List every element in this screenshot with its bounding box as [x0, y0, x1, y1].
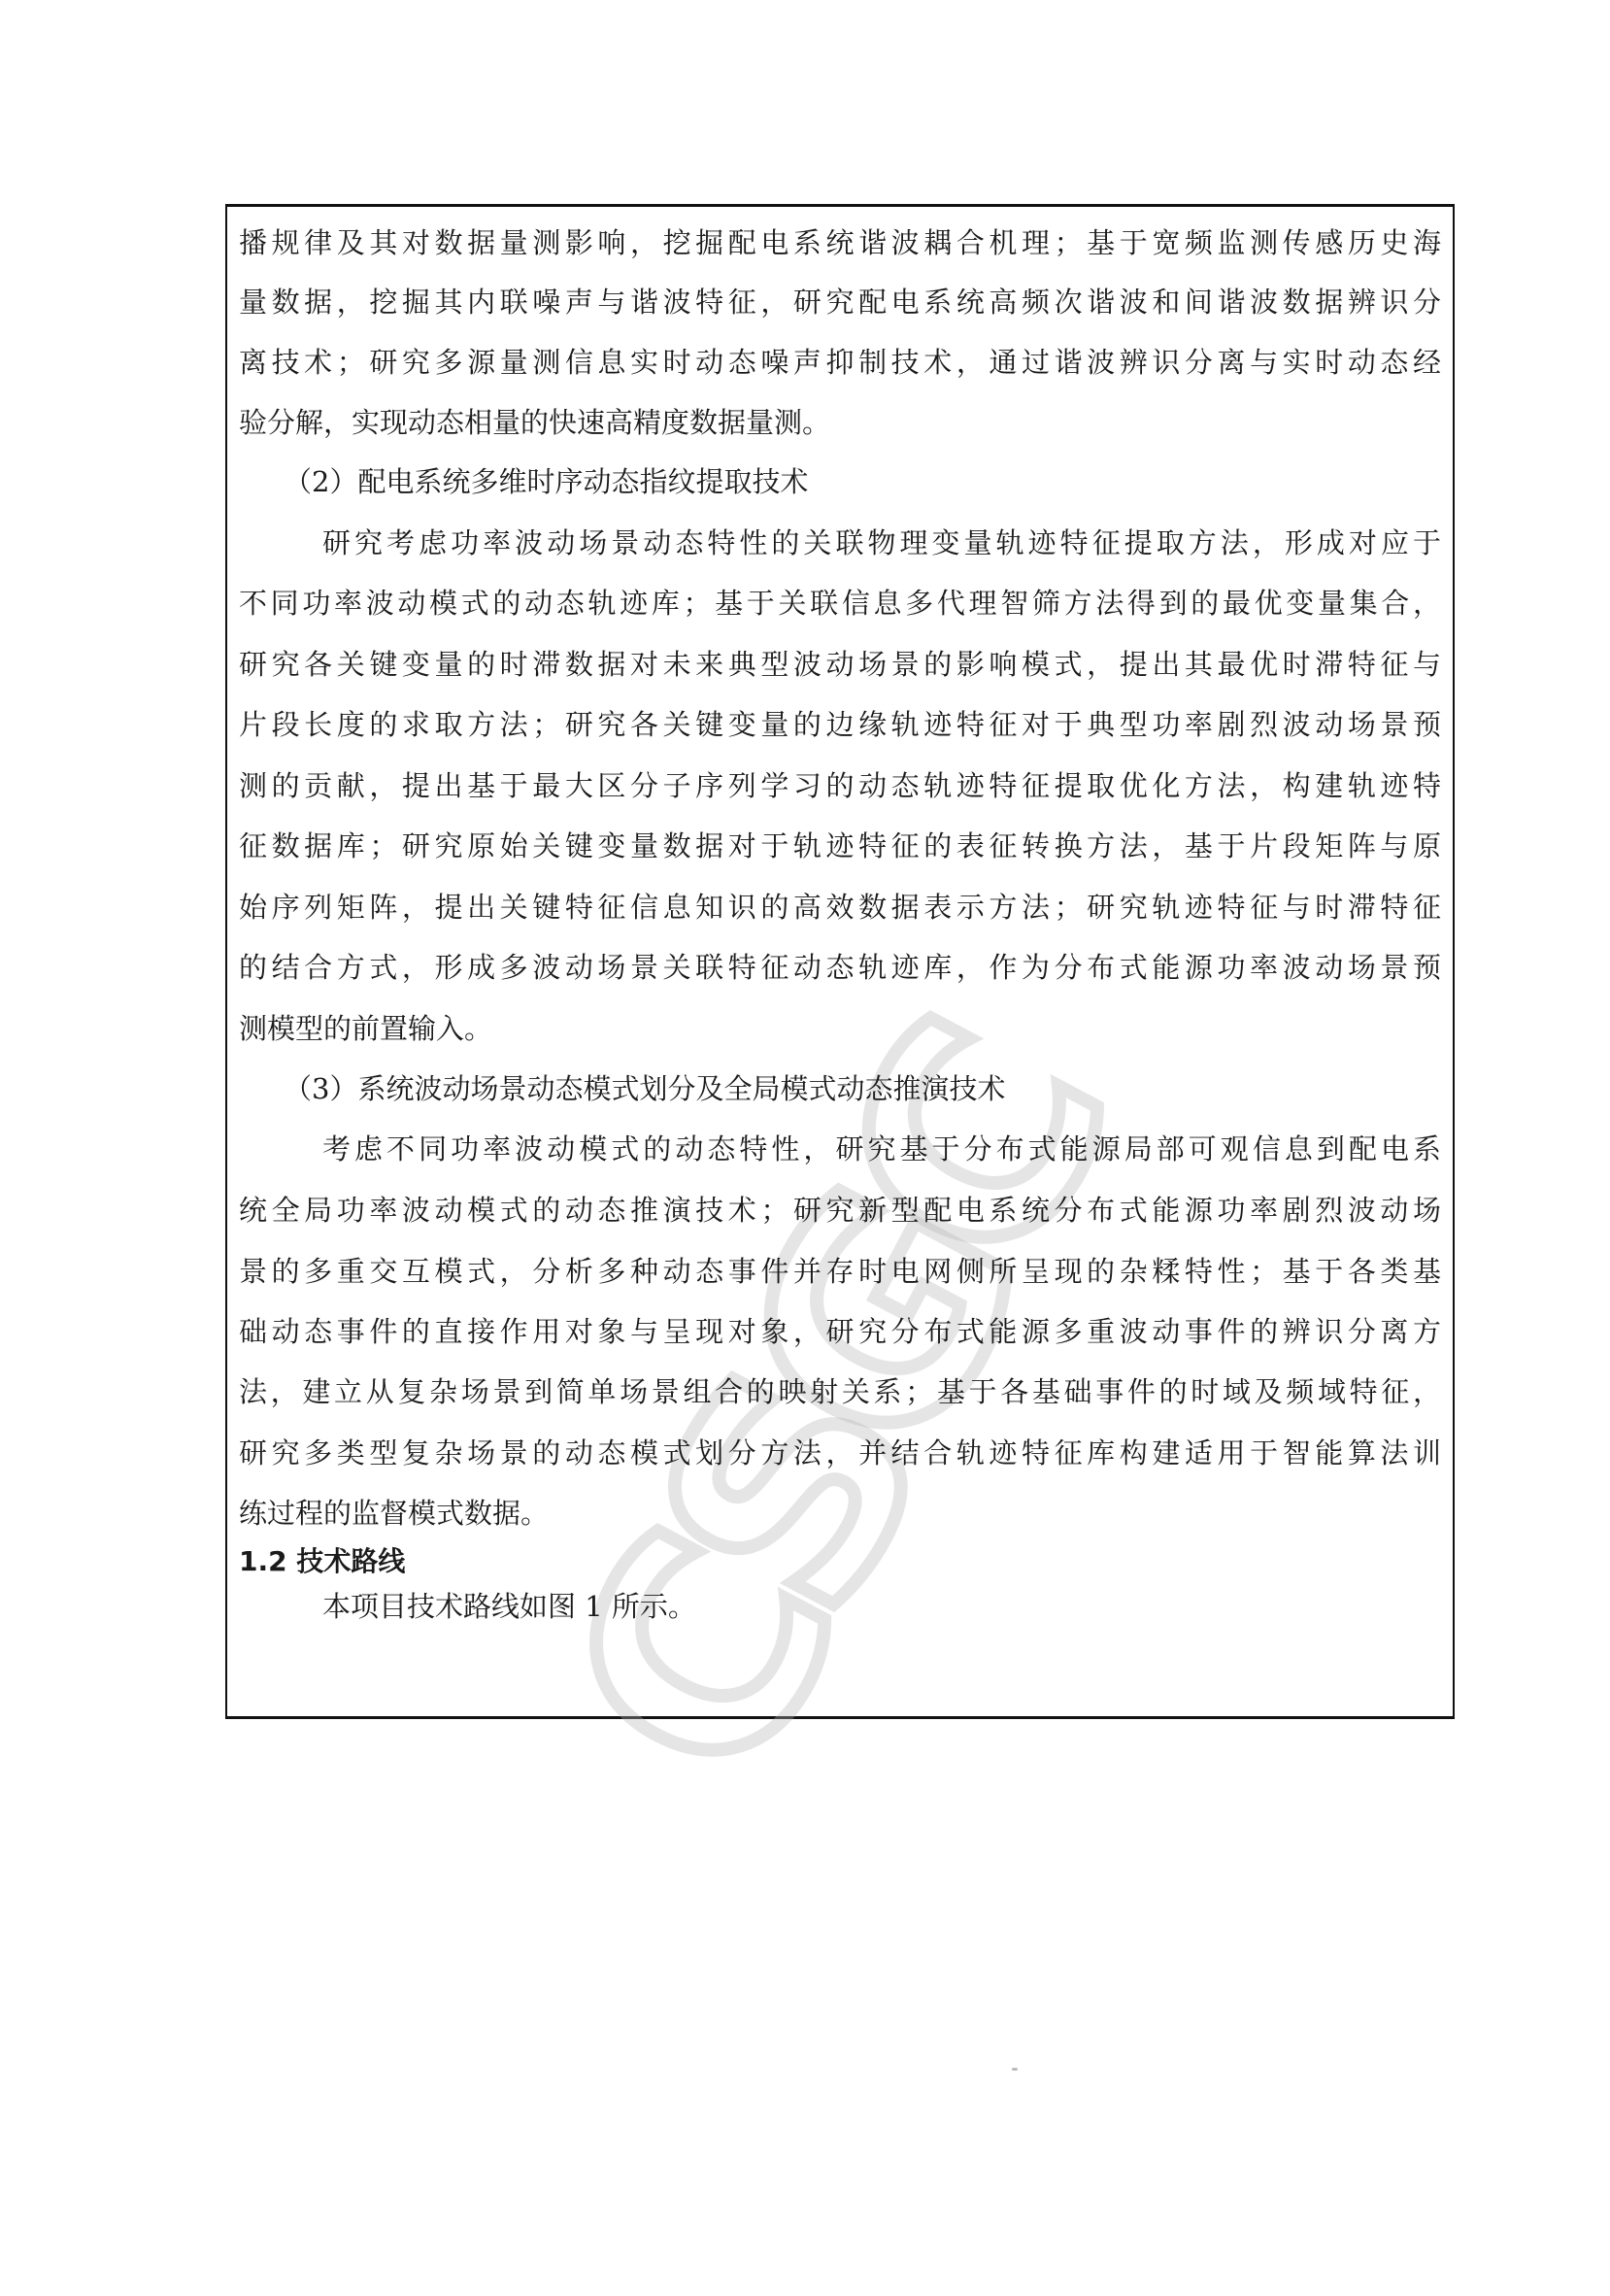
body-line: 验分解，实现动态相量的快速高精度数据量测。 — [239, 403, 1441, 442]
body-line: 研究多类型复杂场景的动态模式划分方法，并结合轨迹特征库构建适用于智能算法训 — [239, 1434, 1441, 1472]
section-heading-1-2: 1.2 技术路线 — [239, 1542, 1441, 1581]
body-line: 始序列矩阵，提出关键特征信息知识的高效数据表示方法；研究轨迹特征与时滞特征 — [239, 888, 1441, 927]
body-line: 练过程的监督模式数据。 — [239, 1494, 1441, 1533]
body-line: 研究各关键变量的时滞数据对未来典型波动场景的影响模式，提出其最优时滞特征与 — [239, 645, 1441, 684]
body-line: 播规律及其对数据量测影响，挖掘配电系统谐波耦合机理；基于宽频监测传感历史海 — [239, 223, 1441, 262]
body-line: 考虑不同功率波动模式的动态特性，研究基于分布式能源局部可观信息到配电系 — [239, 1130, 1441, 1168]
scan-speck — [1012, 2068, 1018, 2071]
body-line: 不同功率波动模式的动态轨迹库；基于关联信息多代理智筛方法得到的最优变量集合， — [239, 584, 1441, 623]
body-line: 的结合方式，形成多波动场景关联特征动态轨迹库，作为分布式能源功率波动场景预 — [239, 948, 1441, 987]
body-line: 测的贡献，提出基于最大区分子序列学习的动态轨迹特征提取优化方法，构建轨迹特 — [239, 766, 1441, 805]
body-line: 片段长度的求取方法；研究各关键变量的边缘轨迹特征对于典型功率剧烈波动场景预 — [239, 705, 1441, 744]
body-line: 量数据，挖掘其内联噪声与谐波特征，研究配电系统高频次谐波和间谐波数据辨识分 — [239, 283, 1441, 321]
body-line: 研究考虑功率波动场景动态特性的关联物理变量轨迹特征提取方法，形成对应于 — [239, 523, 1441, 562]
body-line: 本项目技术路线如图 1 所示。 — [239, 1587, 1441, 1626]
body-line: 景的多重交互模式，分析多种动态事件并存时电网侧所呈现的杂糅特性；基于各类基 — [239, 1252, 1441, 1291]
body-line: 法，建立从复杂场景到简单场景组合的映射关系；基于各基础事件的时域及频域特征， — [239, 1372, 1441, 1411]
subheading-3: （3）系统波动场景动态模式划分及全局模式动态推演技术 — [284, 1069, 1486, 1108]
body-line: 统全局功率波动模式的动态推演技术；研究新型配电系统分布式能源功率剧烈波动场 — [239, 1191, 1441, 1230]
subheading-2: （2）配电系统多维时序动态指纹提取技术 — [284, 462, 1486, 501]
body-line: 征数据库；研究原始关键变量数据对于轨迹特征的表征转换方法，基于片段矩阵与原 — [239, 827, 1441, 865]
body-line: 础动态事件的直接作用对象与呈现对象，研究分布式能源多重波动事件的辨识分离方 — [239, 1312, 1441, 1351]
body-line: 测模型的前置输入。 — [239, 1009, 1441, 1048]
body-line: 离技术；研究多源量测信息实时动态噪声抑制技术，通过谐波辨识分离与实时动态经 — [239, 343, 1441, 382]
